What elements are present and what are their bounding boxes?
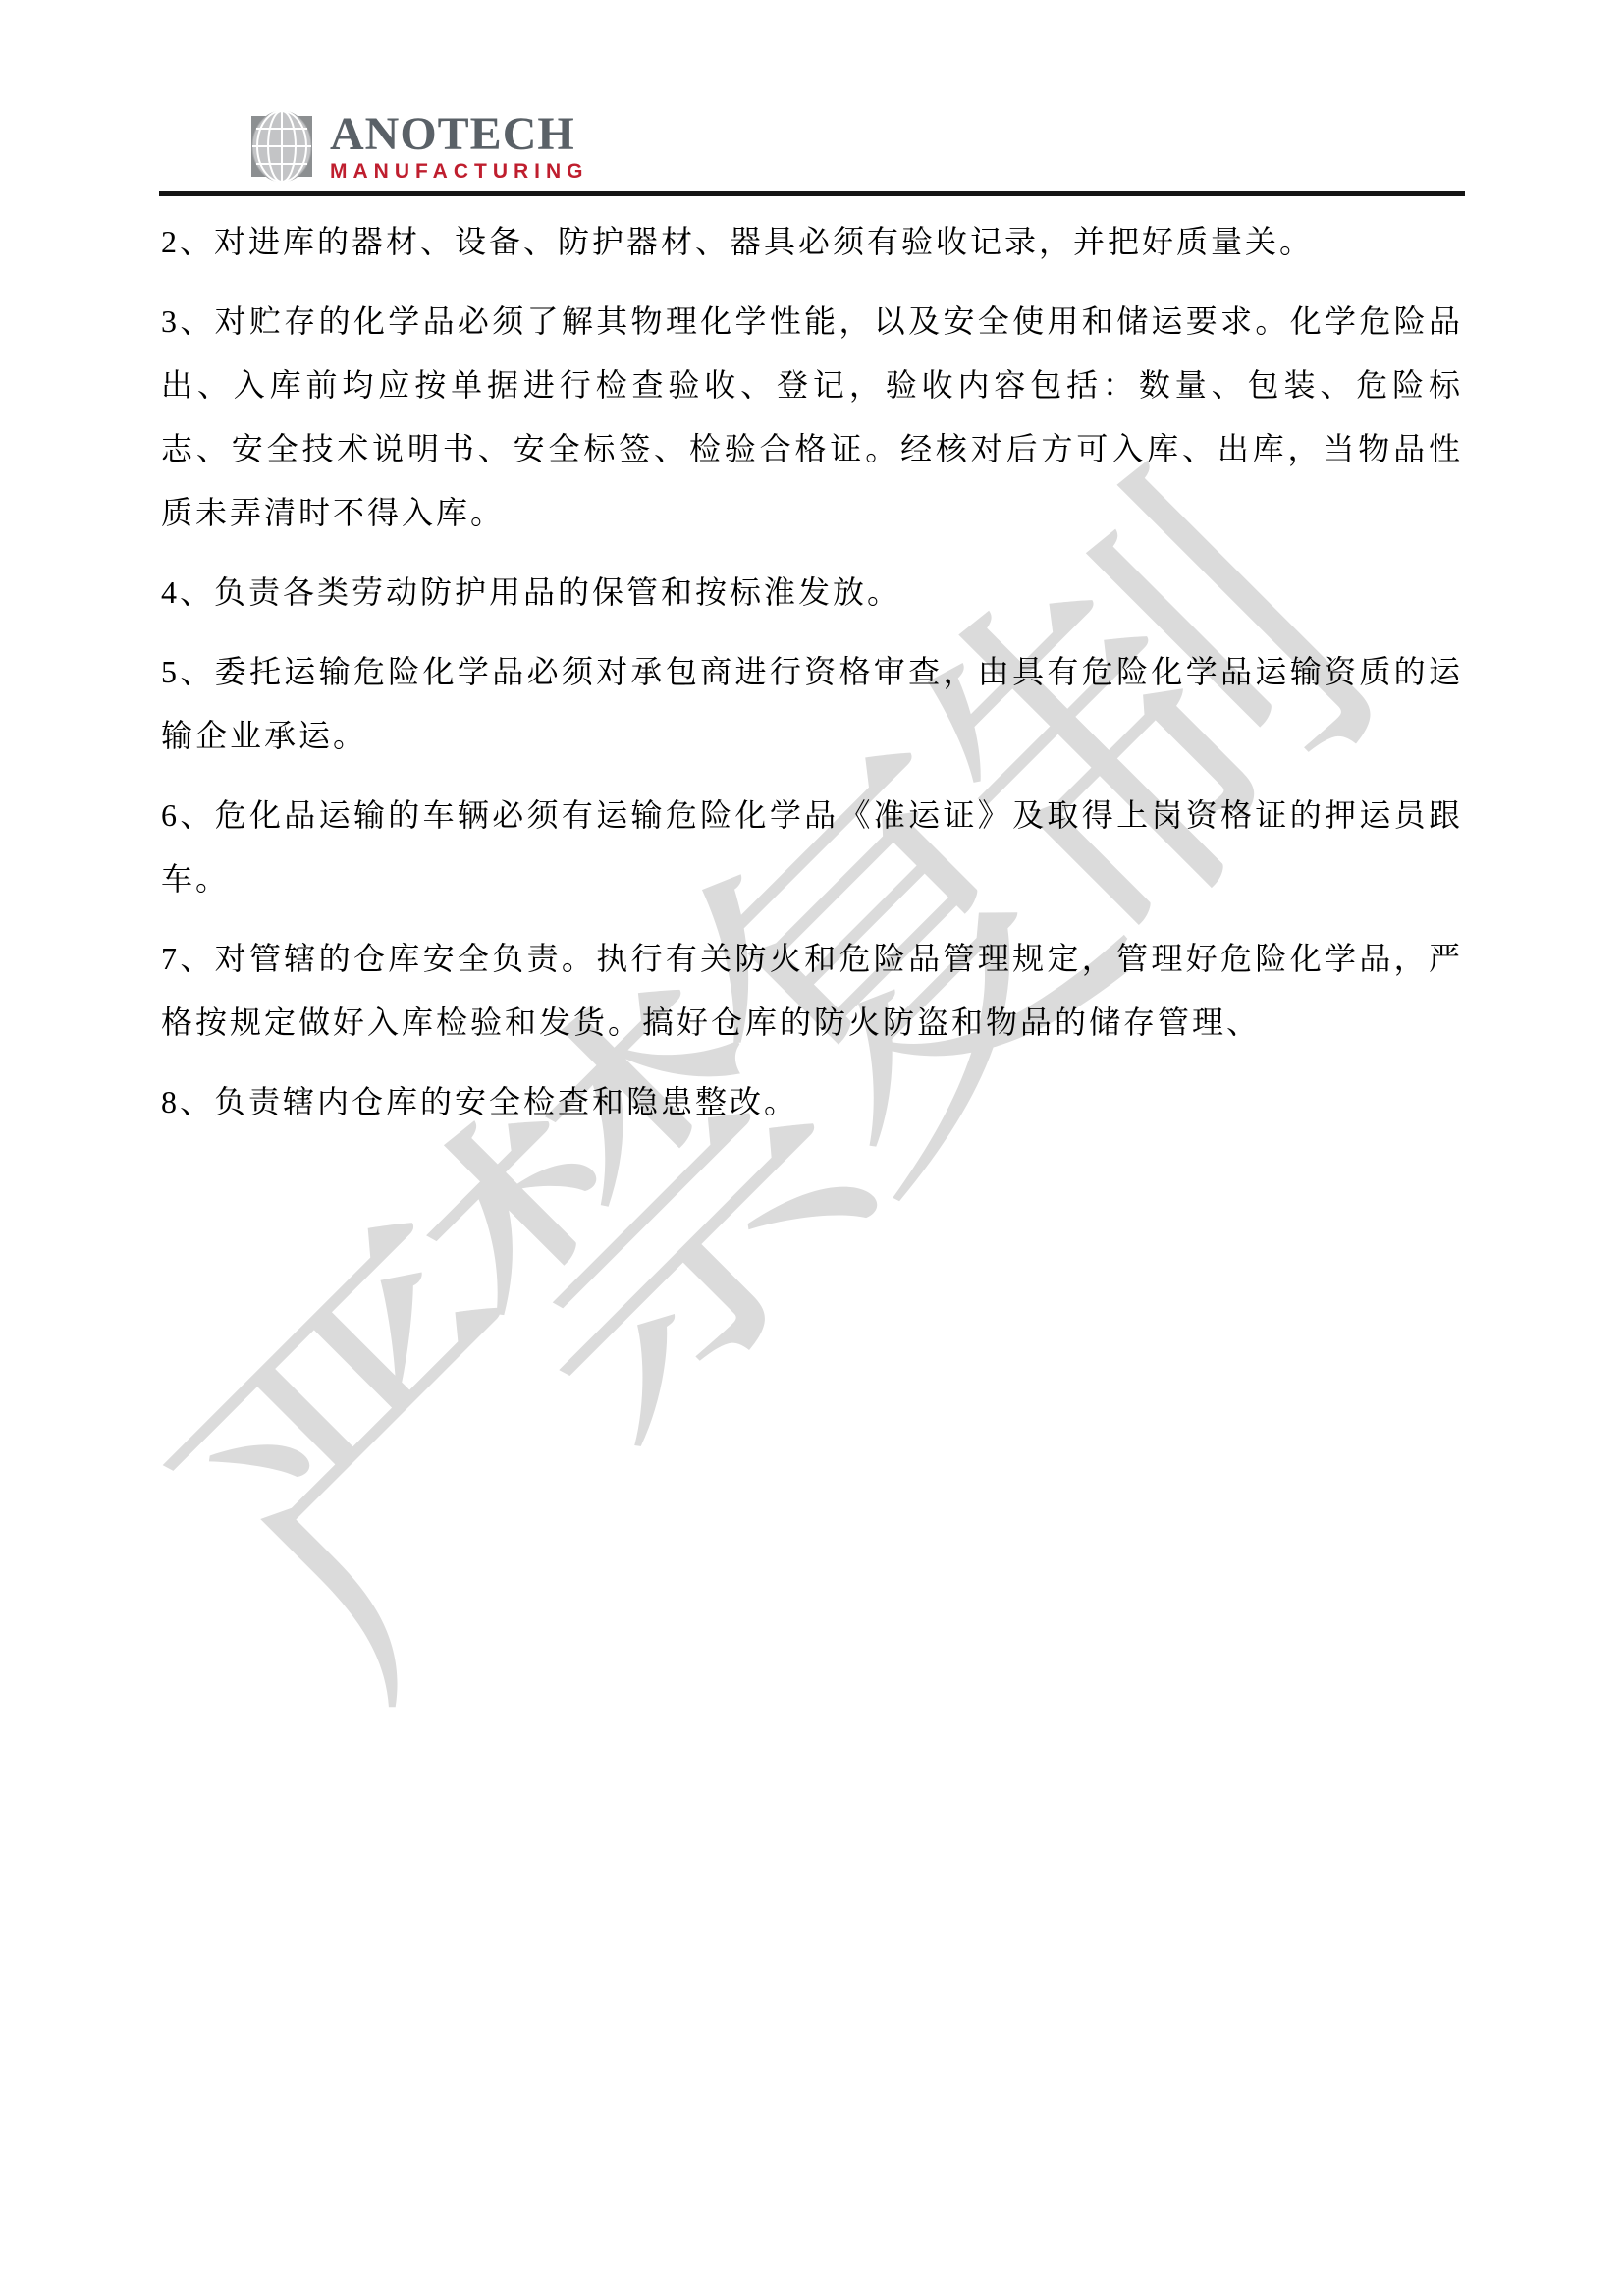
globe-icon bbox=[249, 108, 314, 185]
list-item-6: 6、危化品运输的车辆必须有运输危险化学品《准运证》及取得上岗资格证的押运员跟车。 bbox=[161, 784, 1463, 911]
list-item-4: 4、负责各类劳动防护用品的保管和按标淮发放。 bbox=[161, 561, 1463, 625]
document-page: 严禁复制 ANOTECH MANUFACTURING 2、对进库的器材、设备、防… bbox=[0, 0, 1624, 2285]
logo-subtitle: MANUFACTURING bbox=[330, 161, 588, 183]
logo-name: ANOTECH bbox=[330, 111, 588, 158]
list-item-2: 2、对进库的器材、设备、防护器材、器具必须有验收记录，并把好质量关。 bbox=[161, 210, 1463, 274]
letterhead: ANOTECH MANUFACTURING bbox=[0, 0, 1624, 196]
logo: ANOTECH MANUFACTURING bbox=[159, 108, 1465, 185]
list-item-8: 8、负责辖内仓库的安全检查和隐患整改。 bbox=[161, 1070, 1463, 1134]
list-item-5: 5、委托运输危险化学品必须对承包商进行资格审查，由具有危险化学品运输资质的运输企… bbox=[161, 640, 1463, 768]
document-body: 2、对进库的器材、设备、防护器材、器具必须有验收记录，并把好质量关。 3、对贮存… bbox=[0, 196, 1624, 1134]
logo-text: ANOTECH MANUFACTURING bbox=[330, 111, 588, 183]
list-item-3: 3、对贮存的化学品必须了解其物理化学性能，以及安全使用和储运要求。化学危险品出、… bbox=[161, 290, 1463, 545]
list-item-7: 7、对管辖的仓库安全负责。执行有关防火和危险品管理规定，管理好危险化学品，严格按… bbox=[161, 927, 1463, 1055]
